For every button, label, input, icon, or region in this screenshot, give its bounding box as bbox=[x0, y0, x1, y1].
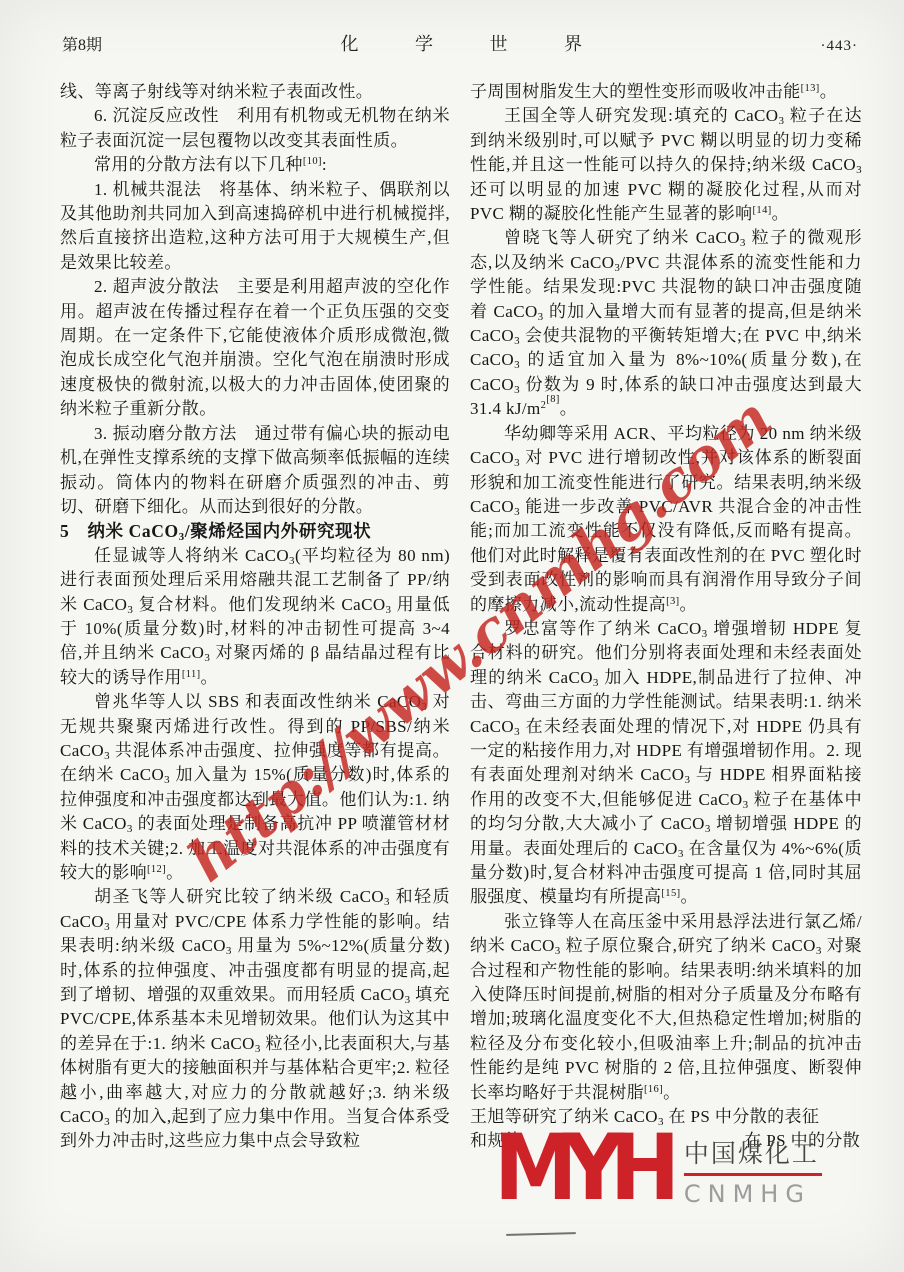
scan-artifact bbox=[506, 1232, 576, 1236]
left-column: 线、等离子射线等对纳米粒子表面改性。6. 沉淀反应改性 利用有机物或无机物在纳米… bbox=[60, 80, 450, 1154]
paragraph: 线、等离子射线等对纳米粒子表面改性。 bbox=[60, 80, 450, 104]
paragraph: 3. 振动磨分散方法 通过带有偏心块的振动电机,在弹性支撑系统的支撑下做高频率低… bbox=[60, 422, 450, 520]
journal-page: 第8期 化 学 世 界 ·443· 线、等离子射线等对纳米粒子表面改性。6. 沉… bbox=[0, 0, 904, 1272]
page-header: 第8期 化 学 世 界 ·443· bbox=[62, 30, 858, 56]
page-number: ·443· bbox=[820, 38, 858, 55]
paragraph: 胡圣飞等人研究比较了纳米级 CaCO3 和轻质 CaCO3 用量对 PVC/CP… bbox=[60, 885, 450, 1153]
paragraph: 常用的分散方法有以下几种[10]: bbox=[60, 153, 450, 177]
paragraph: 王国全等人研究发现:填充的 CaCO3 粒子在达到纳米级别时,可以赋予 PVC … bbox=[470, 104, 862, 226]
paragraph: 1. 机械共混法 将基体、纳米粒子、偶联剂以及其他助剂共同加入到高速捣碎机中进行… bbox=[60, 178, 450, 276]
logo-name-cn: 中国煤化工 bbox=[684, 1134, 822, 1170]
paragraph: 2. 超声波分散法 主要是利用超声波的空化作用。超声波在传播过程存在着一个正负压… bbox=[60, 275, 450, 421]
paragraph: 曾兆华等人以 SBS 和表面改性纳米 CaCO3 对无规共聚聚丙烯进行改性。得到… bbox=[60, 690, 450, 885]
cnmhg-logo: MYH 中国煤化工 CNMHG bbox=[494, 1118, 822, 1210]
right-column: 子周围树脂发生大的塑性变形而吸收冲击能[13]。王国全等人研究发现:填充的 Ca… bbox=[470, 80, 862, 1154]
paragraph: 任显诚等人将纳米 CaCO3(平均粒径为 80 nm)进行表面预处理后采用熔融共… bbox=[60, 544, 450, 690]
paragraph: 张立锋等人在高压釜中采用悬浮法进行氯乙烯/纳米 CaCO3 粒子原位聚合,研究了… bbox=[470, 910, 862, 1105]
paragraph: 子周围树脂发生大的塑性变形而吸收冲击能[13]。 bbox=[470, 80, 862, 104]
journal-title: 化 学 世 界 bbox=[341, 30, 609, 56]
paragraph: 华幼卿等采用 ACR、平均粒径为 20 nm 纳米级 CaCO3 对 PVC 进… bbox=[470, 422, 862, 617]
paragraph: 曾晓飞等人研究了纳米 CaCO3 粒子的微观形态,以及纳米 CaCO3/PVC … bbox=[470, 226, 862, 421]
paragraph: 6. 沉淀反应改性 利用有机物或无机物在纳米粒子表面沉淀一层包覆物以改变其表面性… bbox=[60, 104, 450, 153]
logo-text-block: 中国煤化工 CNMHG bbox=[684, 1118, 822, 1208]
issue-number: 第8期 bbox=[62, 32, 102, 55]
section-heading: 5 纳米 CaCO3/聚烯烃国内外研究现状 bbox=[60, 519, 450, 543]
paragraph: 罗忠富等作了纳米 CaCO3 增强增韧 HDPE 复合材料的研究。他们分别将表面… bbox=[470, 617, 862, 910]
logo-mark-icon: MYH bbox=[494, 1118, 684, 1217]
logo-name-en: CNMHG bbox=[684, 1180, 822, 1208]
logo-underline bbox=[684, 1173, 822, 1176]
